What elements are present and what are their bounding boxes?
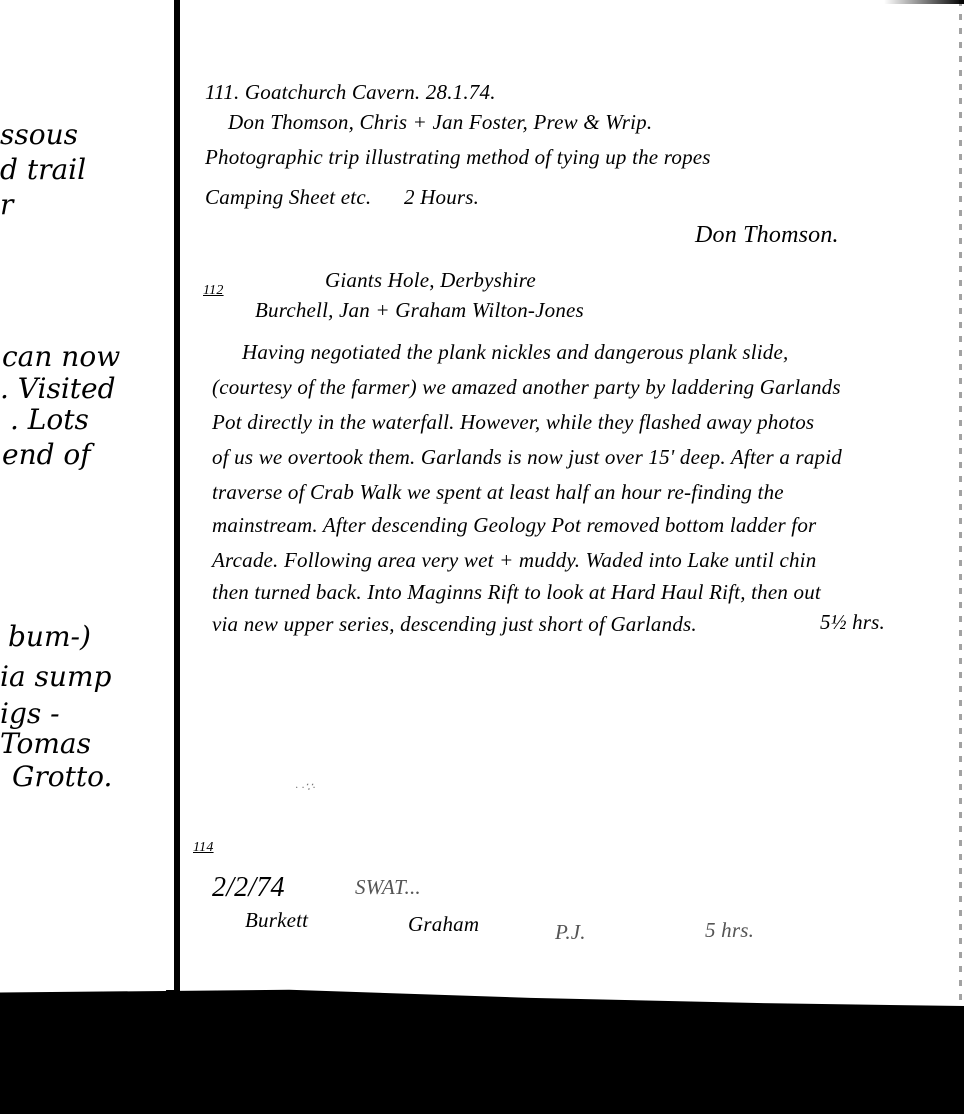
entry-duration: 5 hrs. xyxy=(705,918,754,943)
scan-background-shadow xyxy=(0,979,964,1114)
left-fragment: . Visited xyxy=(0,372,116,405)
entry-body-line: via new upper series, descending just sh… xyxy=(212,612,697,637)
entry-body-line: Arcade. Following area very wet + muddy.… xyxy=(212,548,816,573)
entry-body-line: of us we overtook them. Garlands is now … xyxy=(212,445,842,470)
left-fragment: can now xyxy=(2,340,120,373)
left-fragment: bum-) xyxy=(8,620,91,653)
entry-number: 114 xyxy=(193,840,214,856)
left-fragment: end of xyxy=(2,438,91,471)
entry-party: Burchell, Jan + Graham Wilton-Jones xyxy=(255,298,584,323)
entry-body-line: (courtesy of the farmer) we amazed anoth… xyxy=(212,375,841,400)
entry-body-line: then turned back. Into Maginns Rift to l… xyxy=(212,580,821,605)
entry-body-line: Pot directly in the waterfall. However, … xyxy=(212,410,814,435)
entry-date: 2/2/74 xyxy=(212,872,285,904)
left-fragment: igs - xyxy=(0,697,60,730)
left-fragment: d trail xyxy=(0,153,86,186)
entry-party: Don Thomson, Chris + Jan Foster, Prew & … xyxy=(228,110,652,135)
entry-number: 112 xyxy=(203,283,224,299)
entry-body-line: Photographic trip illustrating method of… xyxy=(205,145,711,170)
entry-body-line: traverse of Crab Walk we spent at least … xyxy=(212,480,784,505)
entry-title: SWAT... xyxy=(355,875,421,900)
left-fragment: . Lots xyxy=(10,403,89,436)
left-fragment: ssous xyxy=(0,118,78,151)
left-fragment: ia sump xyxy=(0,660,111,693)
entry-number: 111. xyxy=(205,80,239,104)
page-edge-top xyxy=(884,0,964,4)
entry-body-line: Having negotiated the plank nickles and … xyxy=(242,340,788,365)
page-edge xyxy=(959,0,962,1005)
left-fragment: Grotto. xyxy=(12,760,112,793)
left-fragment: r xyxy=(0,188,13,221)
entry-party-member: Burkett xyxy=(245,908,308,933)
left-fragment: Tomas xyxy=(0,727,91,760)
entry-body-line: mainstream. After descending Geology Pot… xyxy=(212,513,816,538)
entry-body-line: Camping Sheet etc. 2 Hours. xyxy=(205,185,479,210)
logbook-scan: ssous d trail r can now . Visited . Lots… xyxy=(0,0,964,1114)
entry-title: Goatchurch Cavern. 28.1.74. xyxy=(245,80,496,104)
entry-party-member: Graham xyxy=(408,912,479,937)
entry-duration: 5½ hrs. xyxy=(820,610,885,635)
entry-signature: Don Thomson. xyxy=(695,222,839,249)
entry-party-member: P.J. xyxy=(555,920,586,945)
entry-title: Giants Hole, Derbyshire xyxy=(325,268,536,293)
book-spine xyxy=(166,0,183,1030)
stray-pencil-marks: · ·∵· xyxy=(295,780,316,795)
